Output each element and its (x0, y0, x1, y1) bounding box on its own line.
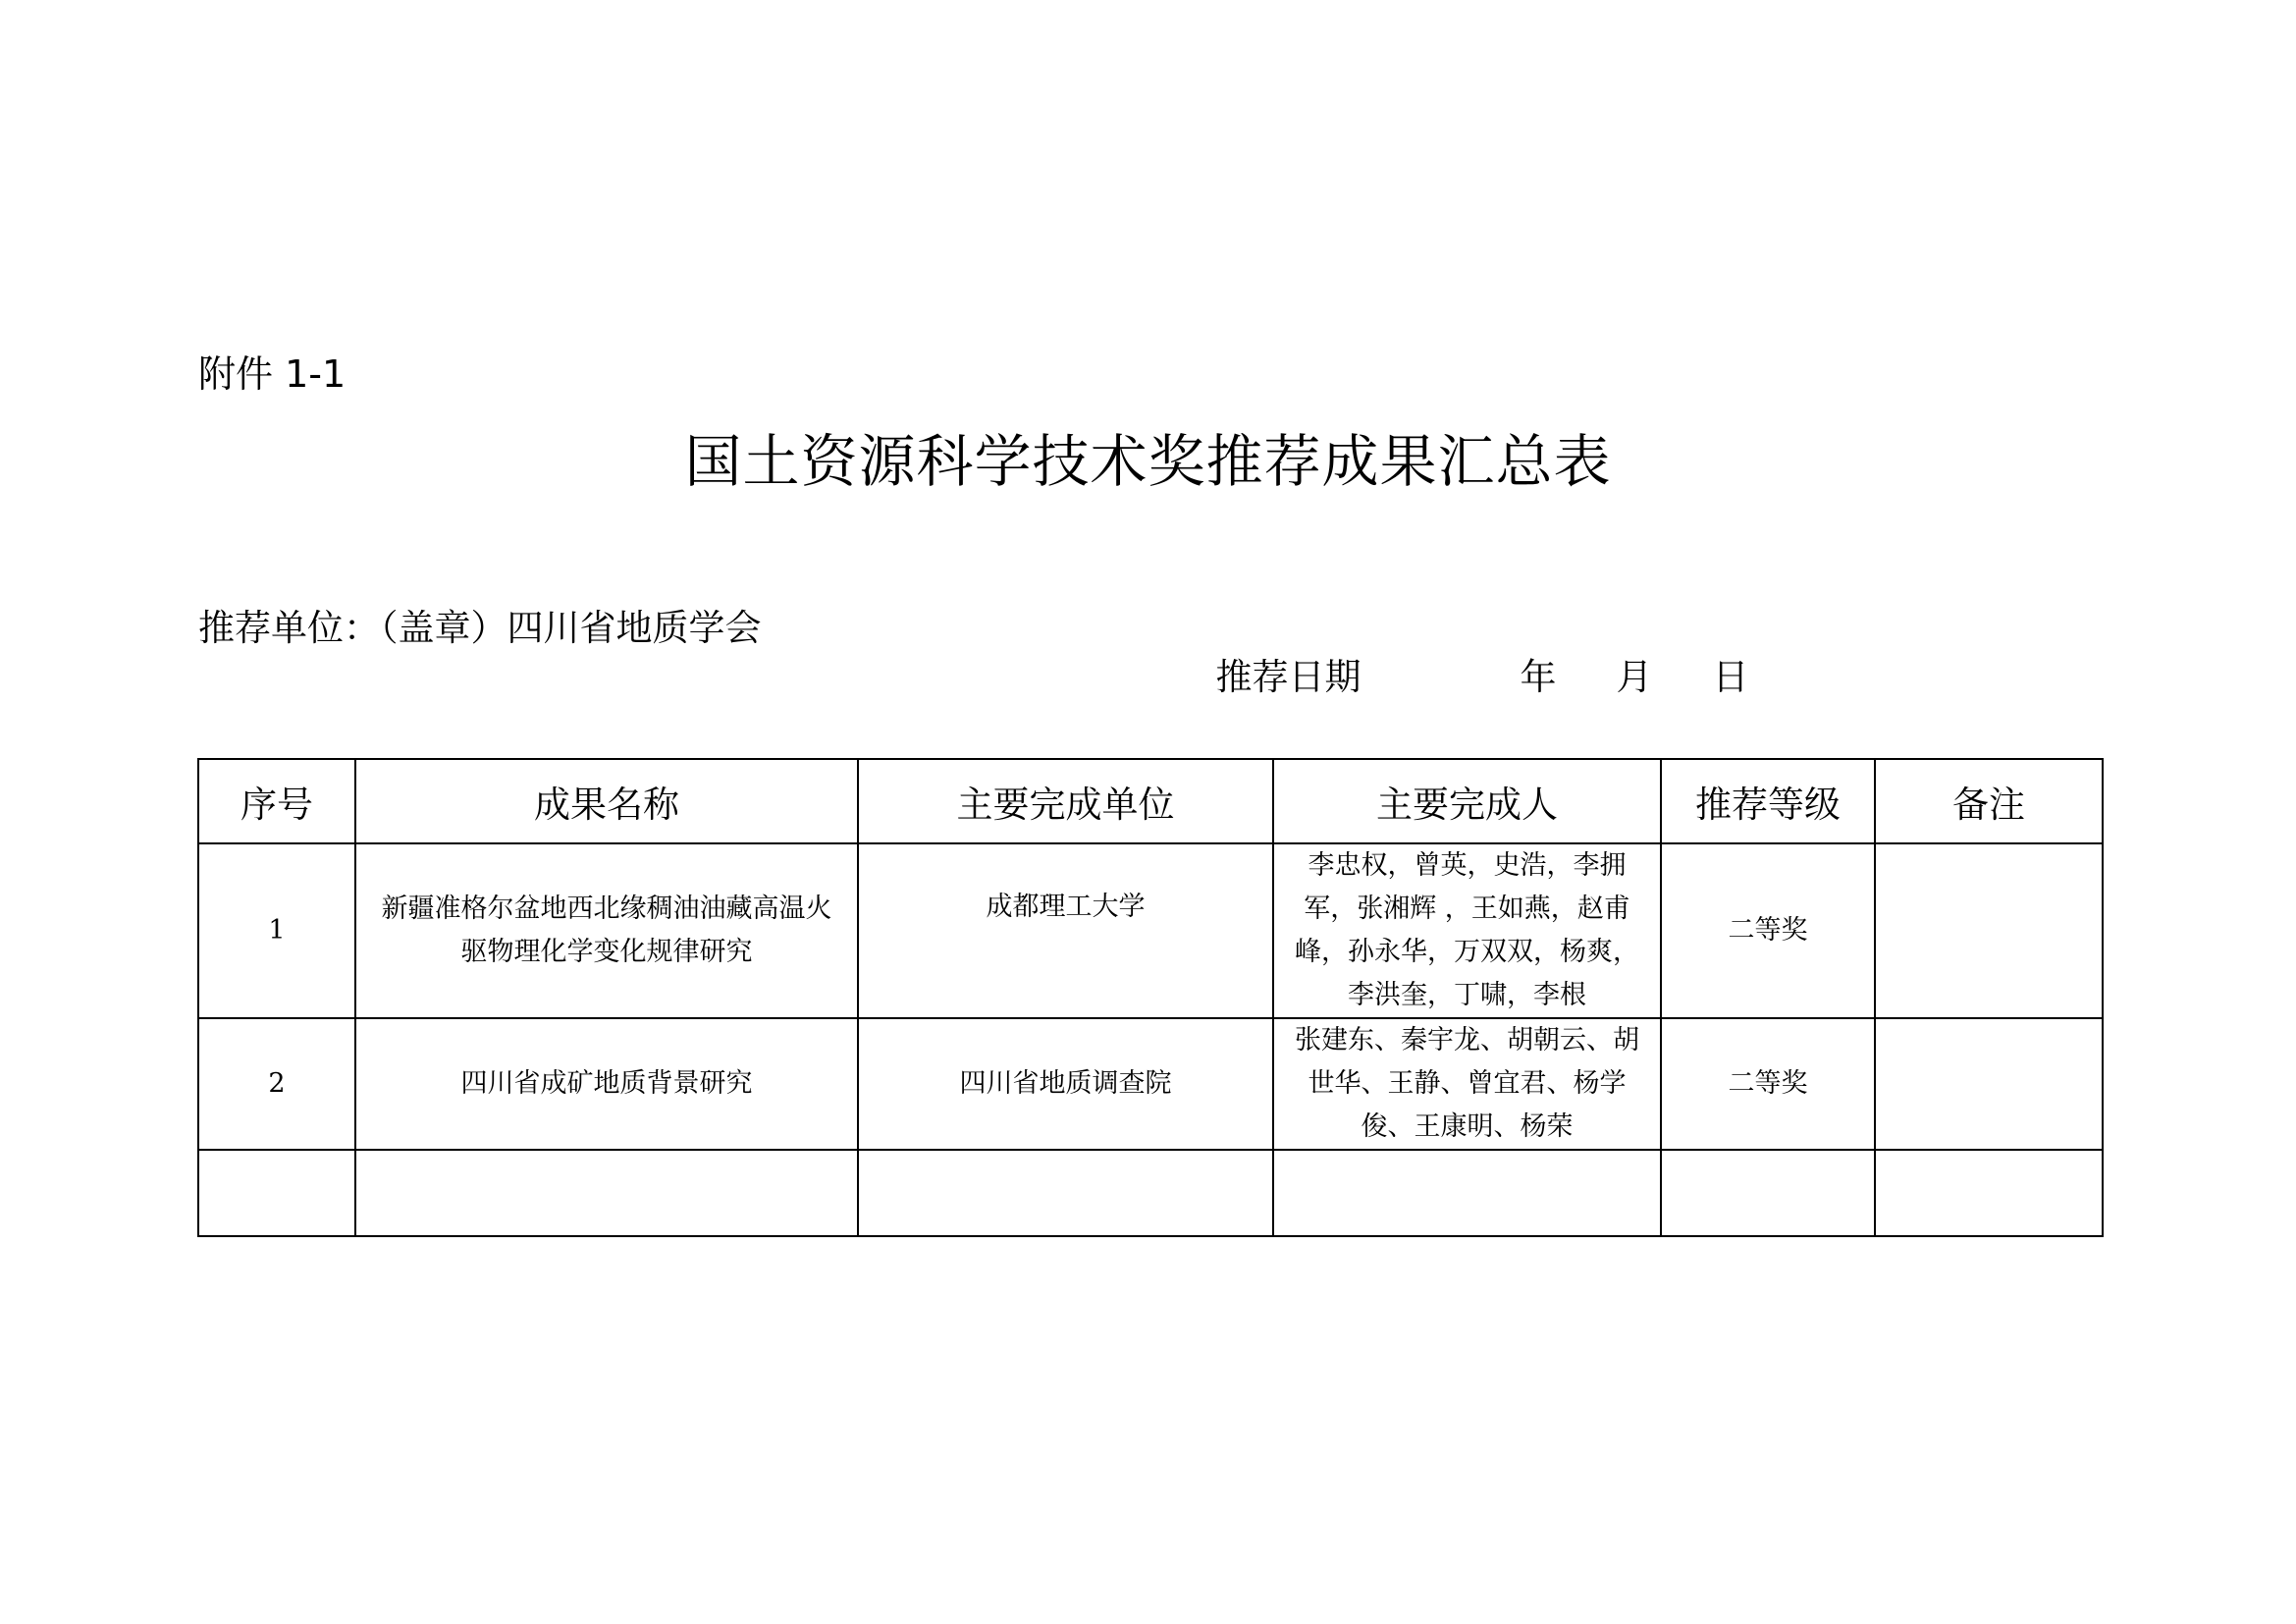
attachment-label: 附件 1-1 (198, 350, 346, 399)
date-month: 月 (1617, 653, 1713, 702)
table-header-row: 序号 成果名称 主要完成单位 主要完成人 推荐等级 备注 (198, 759, 2103, 843)
date-label: 推荐日期 (1216, 653, 1521, 702)
cell-unit: 成都理工大学 (858, 843, 1273, 1018)
recommender-unit: 推荐单位：（盖章）四川省地质学会 (198, 604, 762, 653)
table-row: 1 新疆准格尔盆地西北缘稠油油藏高温火驱物理化学变化规律研究 成都理工大学 李忠… (198, 843, 2103, 1018)
cell-name (355, 1150, 858, 1236)
recommend-date: 推荐日期年月日 (1193, 604, 1749, 702)
cell-remark (1875, 843, 2103, 1018)
cell-unit: 四川省地质调查院 (858, 1018, 1273, 1150)
cell-level (1661, 1150, 1875, 1236)
cell-name: 四川省成矿地质背景研究 (355, 1018, 858, 1150)
header-level: 推荐等级 (1661, 759, 1875, 843)
header-index: 序号 (198, 759, 355, 843)
header-remark: 备注 (1875, 759, 2103, 843)
cell-persons: 李忠权，曾英，史浩，李拥军，张湘辉 ，王如燕，赵甫峰，孙永华，万双双，杨爽，李洪… (1273, 843, 1661, 1018)
table-row (198, 1150, 2103, 1236)
cell-persons (1273, 1150, 1661, 1236)
cell-remark (1875, 1150, 2103, 1236)
cell-level: 二等奖 (1661, 1018, 1875, 1150)
cell-unit (858, 1150, 1273, 1236)
summary-table: 序号 成果名称 主要完成单位 主要完成人 推荐等级 备注 1 新疆准格尔盆地西北… (197, 758, 2104, 1237)
cell-name: 新疆准格尔盆地西北缘稠油油藏高温火驱物理化学变化规律研究 (355, 843, 858, 1018)
date-year: 年 (1521, 653, 1617, 702)
cell-index: 1 (198, 843, 355, 1018)
cell-level: 二等奖 (1661, 843, 1875, 1018)
page-title: 国土资源科学技术奖推荐成果汇总表 (0, 422, 2296, 501)
cell-remark (1875, 1018, 2103, 1150)
header-name: 成果名称 (355, 759, 858, 843)
cell-index (198, 1150, 355, 1236)
cell-index: 2 (198, 1018, 355, 1150)
table-row: 2 四川省成矿地质背景研究 四川省地质调查院 张建东、秦宇龙、胡朝云、胡世华、王… (198, 1018, 2103, 1150)
date-day: 日 (1713, 653, 1749, 702)
header-unit: 主要完成单位 (858, 759, 1273, 843)
cell-persons: 张建东、秦宇龙、胡朝云、胡世华、王静、曾宜君、杨学俊、王康明、杨荣 (1273, 1018, 1661, 1150)
header-persons: 主要完成人 (1273, 759, 1661, 843)
